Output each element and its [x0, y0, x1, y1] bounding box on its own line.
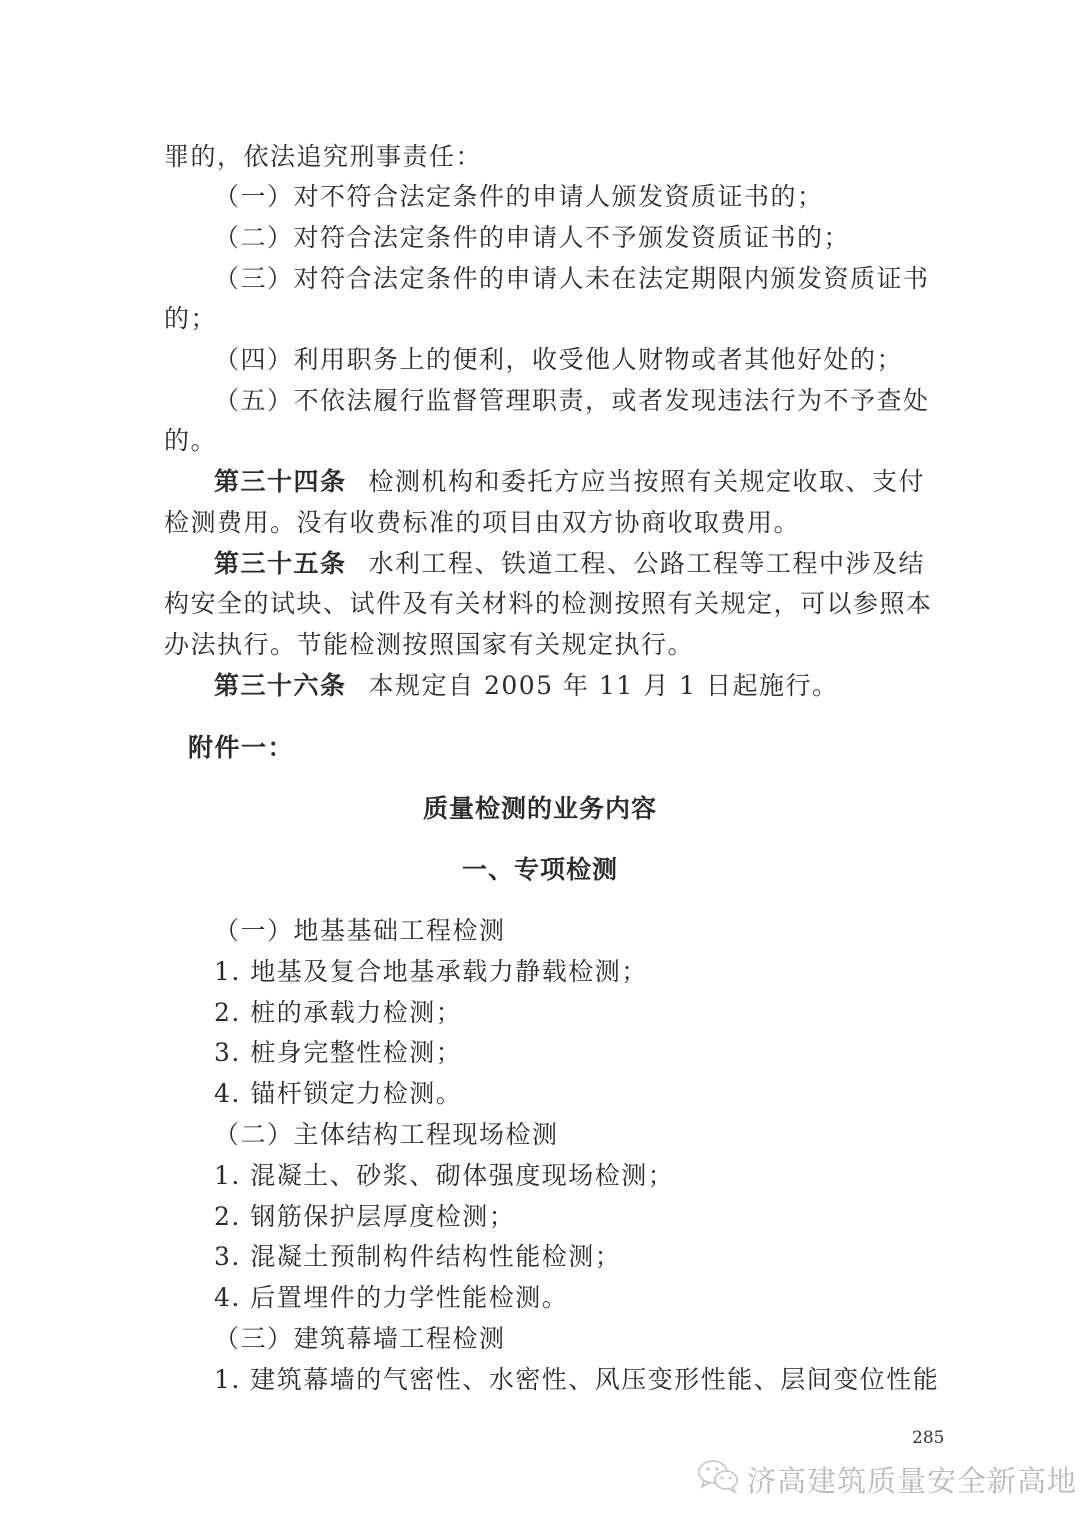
watermark-text: 济高建筑质量安全新高地	[747, 1459, 1077, 1500]
wechat-icon	[697, 1458, 741, 1501]
text-line: 的。	[164, 424, 217, 458]
article-text: 检测机构和委托方应当按照有关规定收取、支付	[369, 467, 926, 496]
list-item: （二）对符合法定条件的申请人不予颁发资质证书的；	[214, 221, 850, 255]
attachment-label: 附件一：	[188, 731, 294, 765]
list-item: 3. 混凝土预制构件结构性能检测；	[214, 1240, 621, 1274]
text-line: 罪的，依法追究刑事责任：	[164, 140, 482, 174]
article-text: 本规定自 2005 年 11 月 1 日起施行。	[369, 671, 839, 700]
subsection-heading: （三）建筑幕墙工程检测	[214, 1322, 506, 1356]
list-item: 4. 后置埋件的力学性能检测。	[214, 1281, 568, 1315]
list-item: 4. 锚杆锁定力检测。	[214, 1077, 462, 1111]
article-35: 第三十五条水利工程、铁道工程、公路工程等工程中涉及结	[214, 547, 925, 581]
article-36: 第三十六条本规定自 2005 年 11 月 1 日起施行。	[214, 669, 839, 703]
list-item: （三）对符合法定条件的申请人未在法定期限内颁发资质证书	[214, 262, 930, 296]
subsection-heading: （一）地基基础工程检测	[214, 914, 506, 948]
article-label: 第三十四条	[214, 467, 347, 496]
list-item: （五）不依法履行监督管理职责，或者发现违法行为不予查处	[214, 384, 930, 418]
list-item: 3. 桩身完整性检测；	[214, 1036, 462, 1070]
list-item: （四）利用职务上的便利，收受他人财物或者其他好处的；	[214, 343, 903, 377]
list-item: 1. 建筑幕墙的气密性、水密性、风压变形性能、层间变位性能	[214, 1363, 939, 1397]
section-title: 一、专项检测	[0, 853, 1080, 887]
attachment-title: 质量检测的业务内容	[0, 792, 1080, 826]
subsection-heading: （二）主体结构工程现场检测	[214, 1118, 559, 1152]
list-item: 2. 钢筋保护层厚度检测；	[214, 1200, 515, 1234]
text-line: 构安全的试块、试件及有关材料的检测按照有关规定，可以参照本	[164, 587, 933, 621]
list-item: 1. 混凝土、砂浆、砌体强度现场检测；	[214, 1159, 674, 1193]
text-line: 检测费用。没有收费标准的项目由双方协商收取费用。	[164, 506, 800, 540]
watermark: 济高建筑质量安全新高地	[697, 1458, 1077, 1501]
text-line: 的；	[164, 302, 217, 336]
list-item: 2. 桩的承载力检测；	[214, 996, 462, 1030]
page-number: 285	[912, 1428, 944, 1448]
article-text: 水利工程、铁道工程、公路工程等工程中涉及结	[369, 549, 926, 578]
article-label: 第三十六条	[214, 671, 347, 700]
list-item: （一）对不符合法定条件的申请人颁发资质证书的；	[214, 180, 824, 214]
list-item: 1. 地基及复合地基承载力静载检测；	[214, 955, 648, 989]
article-label: 第三十五条	[214, 549, 347, 578]
article-34: 第三十四条检测机构和委托方应当按照有关规定收取、支付	[214, 465, 925, 499]
text-line: 办法执行。节能检测按照国家有关规定执行。	[164, 628, 694, 662]
